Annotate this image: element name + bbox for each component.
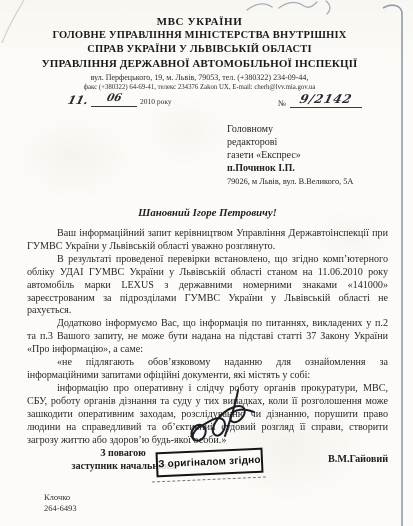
date-year-label: 2010 року: [140, 97, 172, 106]
certification-stamp: З оригіналом згідно: [156, 448, 264, 478]
body-paragraph-5: інформацію про оперативну і слідчу робот…: [27, 383, 388, 448]
letterhead: МВС УКРАЇНИ ГОЛОВНЕ УПРАВЛІННЯ МІНІСТЕРС…: [0, 15, 399, 92]
address-line-1: вул. Перфецького, 19, м. Львів, 79053, т…: [0, 73, 399, 83]
recipient-address: 79026, м Львів, вул. В.Великого, 5А: [227, 175, 353, 188]
executor-phone: 264-6493: [44, 503, 77, 514]
executor-block: Клочко 264-6493: [44, 492, 77, 514]
body-paragraph-1: Ваш інформаційний запит керівництвом Упр…: [27, 228, 388, 254]
stamp-text: З оригіналом згідно: [158, 455, 261, 470]
body-paragraph-3: Додатково інформуємо Вас, що інформація …: [27, 318, 388, 357]
executor-name: Клочко: [44, 492, 77, 503]
org-name-line-1: МВС УКРАЇНИ: [0, 15, 399, 29]
date-field: 11.062010 року: [68, 92, 172, 107]
handwritten-number: 9/2142: [298, 92, 354, 106]
body-paragraph-4: «не підлягають обов’язковому наданню для…: [27, 357, 388, 383]
org-name-line-3: СПРАВ УКРАЇНИ У ЛЬВІВСЬКІЙ ОБЛАСТІ: [0, 43, 399, 57]
handwritten-date-day: 11.: [66, 93, 90, 107]
date-underline: 06: [91, 92, 137, 107]
recipient-title-line: Головному: [227, 123, 353, 136]
recipient-organization: газети «Експрес»: [227, 149, 353, 162]
org-name-line-4: УПРАВЛІННЯ ДЕРЖАВНОЇ АВТОМОБІЛЬНОЇ ІНСПЕ…: [0, 57, 399, 71]
org-name-line-2: ГОЛОВНЕ УПРАВЛІННЯ МІНІСТЕРСТВА ВНУТРІШН…: [0, 29, 399, 43]
number-underline: 9/2142: [290, 92, 362, 108]
stamp-edge-echo: [152, 477, 266, 483]
recipient-name: п.Починок І.П.: [227, 162, 353, 175]
handwritten-date-month: 06: [105, 92, 123, 104]
number-field: №9/2142: [278, 92, 362, 108]
recipient-block: Головному редакторові газети «Експрес» п…: [227, 123, 353, 188]
top-right-handwriting: [247, 1, 330, 14]
recipient-title-line: редакторові: [227, 136, 353, 149]
reference-row: 11.062010 року №9/2142: [0, 92, 413, 112]
number-label: №: [278, 98, 286, 108]
body-paragraph-2: В результаті проведеної перевірки встано…: [27, 254, 388, 319]
signer-name: В.М.Гайовий: [328, 454, 388, 465]
letter-body: Ваш інформаційний запит керівництвом Упр…: [27, 228, 388, 447]
salutation: Шановний Ігоре Петровичу!: [27, 207, 388, 219]
scanned-letter-page: МВС УКРАЇНИ ГОЛОВНЕ УПРАВЛІННЯ МІНІСТЕРС…: [0, 0, 413, 526]
address-line-2: факс (+380322) 64-69-41, телекс 234376 Z…: [0, 83, 399, 92]
